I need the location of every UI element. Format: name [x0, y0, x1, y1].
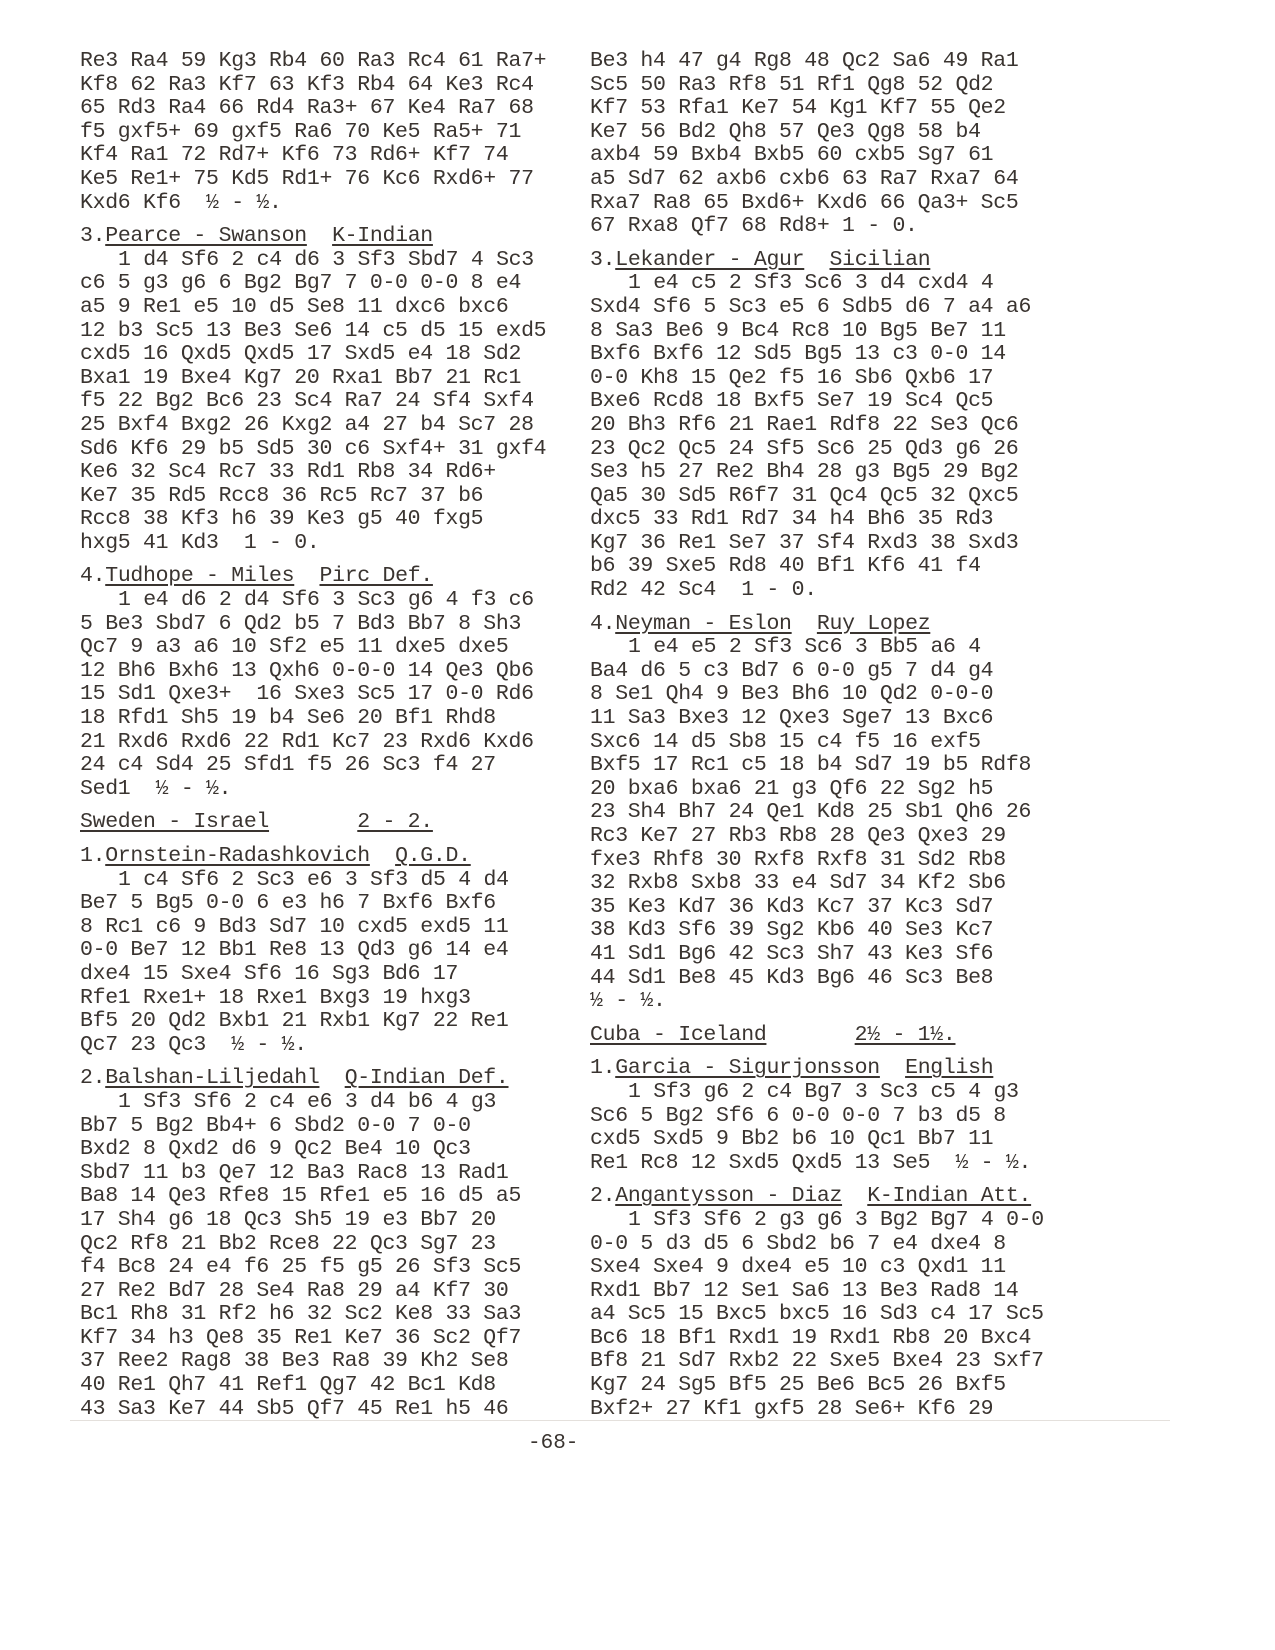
move-line: Qa5 30 Sd5 R6f7 31 Qc4 Qc5 32 Qxc5: [590, 485, 1090, 509]
game-players: Neyman - Eslon: [615, 612, 791, 636]
move-line: Sc5 50 Ra3 Rf8 51 Rf1 Qg8 52 Qd2: [590, 74, 1090, 98]
game-players: Balshan-Liljedahl: [105, 1066, 319, 1090]
move-line: 65 Rd3 Ra4 66 Rd4 Ra3+ 67 Ke4 Ra7 68: [80, 97, 580, 121]
move-line: 8 Rc1 c6 9 Bd3 Sd7 10 cxd5 exd5 11: [80, 916, 580, 940]
match-heading: Sweden - Israel 2 - 2.: [80, 811, 580, 835]
move-line: Ke5 Re1+ 75 Kd5 Rd1+ 76 Kc6 Rxd6+ 77: [80, 168, 580, 192]
game-players: Ornstein-Radashkovich: [105, 844, 370, 868]
match-score: 2 - 2.: [357, 810, 433, 834]
move-line: a5 Sd7 62 axb6 cxb6 63 Ra7 Rxa7 64: [590, 168, 1090, 192]
move-line: 12 Bh6 Bxh6 13 Qxh6 0-0-0 14 Qe3 Qb6: [80, 660, 580, 684]
move-line: 5 Be3 Sbd7 6 Qd2 b5 7 Bd3 Bb7 8 Sh3: [80, 613, 580, 637]
move-line: Kf7 53 Rfa1 Ke7 54 Kg1 Kf7 55 Qe2: [590, 97, 1090, 121]
move-line: Sxd4 Sf6 5 Sc3 e5 6 Sdb5 d6 7 a4 a6: [590, 296, 1090, 320]
move-line: 1 e4 e5 2 Sf3 Sc6 3 Bb5 a6 4: [590, 636, 1090, 660]
move-line: Ba8 14 Qe3 Rfe8 15 Rfe1 e5 16 d5 a5: [80, 1185, 580, 1209]
move-line: Bxf6 Bxf6 12 Sd5 Bg5 13 c3 0-0 14: [590, 343, 1090, 367]
game-opening: Ruy Lopez: [817, 612, 930, 636]
game-opening: Sicilian: [829, 248, 930, 272]
match-score: 2½ - 1½.: [855, 1023, 956, 1047]
move-line: Qc2 Rf8 21 Bb2 Rce8 22 Qc3 Sg7 23: [80, 1233, 580, 1257]
move-line: 21 Rxd6 Rxd6 22 Rd1 Kc7 23 Rxd6 Kxd6: [80, 731, 580, 755]
move-line: Bxf5 17 Rc1 c5 18 b4 Sd7 19 b5 Rdf8: [590, 754, 1090, 778]
move-line: Be3 h4 47 g4 Rg8 48 Qc2 Sa6 49 Ra1: [590, 50, 1090, 74]
move-line: Ba4 d6 5 c3 Bd7 6 0-0 g5 7 d4 g4: [590, 660, 1090, 684]
move-line: Bf5 20 Qd2 Bxb1 21 Rxb1 Kg7 22 Re1: [80, 1010, 580, 1034]
game-number: 2.: [590, 1184, 615, 1208]
game-opening: Q-Indian Def.: [345, 1066, 509, 1090]
move-line: f5 gxf5+ 69 gxf5 Ra6 70 Ke5 Ra5+ 71: [80, 121, 580, 145]
move-line: 17 Sh4 g6 18 Qc3 Sh5 19 e3 Bb7 20: [80, 1209, 580, 1233]
move-line: Bxa1 19 Bxe4 Kg7 20 Rxa1 Bb7 21 Rc1: [80, 367, 580, 391]
match-teams: Sweden - Israel: [80, 810, 269, 834]
game-players: Angantysson - Diaz: [615, 1184, 842, 1208]
move-line: Sbd7 11 b3 Qe7 12 Ba3 Rac8 13 Rad1: [80, 1162, 580, 1186]
move-line: fxe3 Rhf8 30 Rxf8 Rxf8 31 Sd2 Rb8: [590, 849, 1090, 873]
move-line: 23 Qc2 Qc5 24 Sf5 Sc6 25 Qd3 g6 26: [590, 438, 1090, 462]
move-line: 1 c4 Sf6 2 Sc3 e6 3 Sf3 d5 4 d4: [80, 869, 580, 893]
move-line: Qc7 23 Qc3 ½ - ½.: [80, 1034, 580, 1058]
move-line: Sed1 ½ - ½.: [80, 778, 580, 802]
game-number: 4.: [80, 564, 105, 588]
move-line: Bf8 21 Sd7 Rxb2 22 Sxe5 Bxe4 23 Sxf7: [590, 1350, 1090, 1374]
move-line: 0-0 Be7 12 Bb1 Re8 13 Qd3 g6 14 e4: [80, 939, 580, 963]
game-players: Garcia - Sigurjonsson: [615, 1056, 880, 1080]
game-heading: 2.Angantysson - Diaz K-Indian Att.: [590, 1185, 1090, 1209]
game-players: Lekander - Agur: [615, 248, 804, 272]
move-line: 8 Sa3 Be6 9 Bc4 Rc8 10 Bg5 Be7 11: [590, 320, 1090, 344]
move-line: Rcc8 38 Kf3 h6 39 Ke3 g5 40 fxg5: [80, 508, 580, 532]
move-line: cxd5 16 Qxd5 Qxd5 17 Sxd5 e4 18 Sd2: [80, 343, 580, 367]
game-number: 2.: [80, 1066, 105, 1090]
move-line: Bxf2+ 27 Kf1 gxf5 28 Se6+ Kf6 29: [590, 1398, 1090, 1422]
move-line: 11 Sa3 Bxe3 12 Qxe3 Sge7 13 Bxc6: [590, 707, 1090, 731]
move-line: 38 Kd3 Sf6 39 Sg2 Kb6 40 Se3 Kc7: [590, 919, 1090, 943]
move-line: Kxd6 Kf6 ½ - ½.: [80, 192, 580, 216]
move-line: Re1 Rc8 12 Sxd5 Qxd5 13 Se5 ½ - ½.: [590, 1152, 1090, 1176]
move-line: Kg7 24 Sg5 Bf5 25 Be6 Bc5 26 Bxf5: [590, 1374, 1090, 1398]
move-line: hxg5 41 Kd3 1 - 0.: [80, 532, 580, 556]
move-line: Sxe4 Sxe4 9 dxe4 e5 10 c3 Qxd1 11: [590, 1256, 1090, 1280]
move-line: Kf8 62 Ra3 Kf7 63 Kf3 Rb4 64 Ke3 Rc4: [80, 74, 580, 98]
move-line: Ke7 56 Bd2 Qh8 57 Qe3 Qg8 58 b4: [590, 121, 1090, 145]
game-heading: 2.Balshan-Liljedahl Q-Indian Def.: [80, 1067, 580, 1091]
move-line: axb4 59 Bxb4 Bxb5 60 cxb5 Sg7 61: [590, 144, 1090, 168]
game-opening: K-Indian Att.: [867, 1184, 1031, 1208]
move-line: 1 e4 c5 2 Sf3 Sc6 3 d4 cxd4 4: [590, 272, 1090, 296]
move-line: Re3 Ra4 59 Kg3 Rb4 60 Ra3 Rc4 61 Ra7+: [80, 50, 580, 74]
move-line: 15 Sd1 Qxe3+ 16 Sxe3 Sc5 17 0-0 Rd6: [80, 683, 580, 707]
move-line: Bxd2 8 Qxd2 d6 9 Qc2 Be4 10 Qc3: [80, 1138, 580, 1162]
move-line: Kg7 36 Re1 Se7 37 Sf4 Rxd3 38 Sxd3: [590, 532, 1090, 556]
move-line: 41 Sd1 Bg6 42 Sc3 Sh7 43 Ke3 Sf6: [590, 943, 1090, 967]
match-heading: Cuba - Iceland 2½ - 1½.: [590, 1024, 1090, 1048]
game-players: Tudhope - Miles: [105, 564, 294, 588]
game-heading: 3.Pearce - Swanson K-Indian: [80, 225, 580, 249]
move-line: Rc3 Ke7 27 Rb3 Rb8 28 Qe3 Qxe3 29: [590, 825, 1090, 849]
game-heading: 4.Tudhope - Miles Pirc Def.: [80, 565, 580, 589]
move-line: f4 Bc8 24 e4 f6 25 f5 g5 26 Sf3 Sc5: [80, 1256, 580, 1280]
move-line: 20 Bh3 Rf6 21 Rae1 Rdf8 22 Se3 Qc6: [590, 414, 1090, 438]
move-line: 67 Rxa8 Qf7 68 Rd8+ 1 - 0.: [590, 215, 1090, 239]
move-line: Be7 5 Bg5 0-0 6 e3 h6 7 Bxf6 Bxf6: [80, 892, 580, 916]
move-line: 43 Sa3 Ke7 44 Sb5 Qf7 45 Re1 h5 46: [80, 1398, 580, 1422]
game-opening: K-Indian: [332, 224, 433, 248]
game-opening: English: [905, 1056, 993, 1080]
move-line: 12 b3 Sc5 13 Be3 Se6 14 c5 d5 15 exd5: [80, 320, 580, 344]
left-column: Re3 Ra4 59 Kg3 Rb4 60 Ra3 Rc4 61 Ra7+Kf8…: [80, 50, 580, 1421]
move-line: 18 Rfd1 Sh5 19 b4 Se6 20 Bf1 Rhd8: [80, 707, 580, 731]
move-line: c6 5 g3 g6 6 Bg2 Bg7 7 0-0 0-0 8 e4: [80, 272, 580, 296]
move-line: 8 Se1 Qh4 9 Be3 Bh6 10 Qd2 0-0-0: [590, 683, 1090, 707]
move-line: Sc6 5 Bg2 Sf6 6 0-0 0-0 7 b3 d5 8: [590, 1105, 1090, 1129]
move-line: Bb7 5 Bg2 Bb4+ 6 Sbd2 0-0 7 0-0: [80, 1115, 580, 1139]
game-number: 3.: [590, 248, 615, 272]
move-line: 44 Sd1 Be8 45 Kd3 Bg6 46 Sc3 Be8: [590, 967, 1090, 991]
page-bottom-rule: [70, 1420, 1170, 1421]
move-line: Bc1 Rh8 31 Rf2 h6 32 Sc2 Ke8 33 Sa3: [80, 1303, 580, 1327]
game-number: 3.: [80, 224, 105, 248]
move-line: Rfe1 Rxe1+ 18 Rxe1 Bxg3 19 hxg3: [80, 987, 580, 1011]
move-line: dxc5 33 Rd1 Rd7 34 h4 Bh6 35 Rd3: [590, 508, 1090, 532]
move-line: Rd2 42 Sc4 1 - 0.: [590, 579, 1090, 603]
game-players: Pearce - Swanson: [105, 224, 307, 248]
move-line: 32 Rxb8 Sxb8 33 e4 Sd7 34 Kf2 Sb6: [590, 872, 1090, 896]
move-line: Rxd1 Bb7 12 Se1 Sa6 13 Be3 Rad8 14: [590, 1280, 1090, 1304]
move-line: Sxc6 14 d5 Sb8 15 c4 f5 16 exf5: [590, 731, 1090, 755]
move-line: 35 Ke3 Kd7 36 Kd3 Kc7 37 Kc3 Sd7: [590, 896, 1090, 920]
move-line: Kf7 34 h3 Qe8 35 Re1 Ke7 36 Sc2 Qf7: [80, 1327, 580, 1351]
game-number: 4.: [590, 612, 615, 636]
game-heading: 1.Garcia - Sigurjonsson English: [590, 1057, 1090, 1081]
move-line: Sd6 Kf6 29 b5 Sd5 30 c6 Sxf4+ 31 gxf4: [80, 438, 580, 462]
move-line: a4 Sc5 15 Bxc5 bxc5 16 Sd3 c4 17 Sc5: [590, 1303, 1090, 1327]
move-line: 23 Sh4 Bh7 24 Qe1 Kd8 25 Sb1 Qh6 26: [590, 801, 1090, 825]
game-heading: 1.Ornstein-Radashkovich Q.G.D.: [80, 845, 580, 869]
game-number: 1.: [80, 844, 105, 868]
move-line: Bc6 18 Bf1 Rxd1 19 Rxd1 Rb8 20 Bxc4: [590, 1327, 1090, 1351]
move-line: 1 Sf3 Sf6 2 g3 g6 3 Bg2 Bg7 4 0-0: [590, 1209, 1090, 1233]
move-line: 1 e4 d6 2 d4 Sf6 3 Sc3 g6 4 f3 c6: [80, 589, 580, 613]
move-line: 37 Ree2 Rag8 38 Be3 Ra8 39 Kh2 Se8: [80, 1350, 580, 1374]
move-line: a5 9 Re1 e5 10 d5 Se8 11 dxc6 bxc6: [80, 296, 580, 320]
move-line: Se3 h5 27 Re2 Bh4 28 g3 Bg5 29 Bg2: [590, 461, 1090, 485]
move-line: Qc7 9 a3 a6 10 Sf2 e5 11 dxe5 dxe5: [80, 636, 580, 660]
move-line: dxe4 15 Sxe4 Sf6 16 Sg3 Bd6 17: [80, 963, 580, 987]
move-line: 20 bxa6 bxa6 21 g3 Qf6 22 Sg2 h5: [590, 778, 1090, 802]
game-heading: 3.Lekander - Agur Sicilian: [590, 249, 1090, 273]
game-heading: 4.Neyman - Eslon Ruy Lopez: [590, 613, 1090, 637]
move-line: Kf4 Ra1 72 Rd7+ Kf6 73 Rd6+ Kf7 74: [80, 144, 580, 168]
move-line: b6 39 Sxe5 Rd8 40 Bf1 Kf6 41 f4: [590, 555, 1090, 579]
move-line: 24 c4 Sd4 25 Sfd1 f5 26 Sc3 f4 27: [80, 754, 580, 778]
move-line: 1 Sf3 Sf6 2 c4 e6 3 d4 b6 4 g3: [80, 1091, 580, 1115]
move-line: 27 Re2 Bd7 28 Se4 Ra8 29 a4 Kf7 30: [80, 1280, 580, 1304]
move-line: cxd5 Sxd5 9 Bb2 b6 10 Qc1 Bb7 11: [590, 1128, 1090, 1152]
match-teams: Cuba - Iceland: [590, 1023, 766, 1047]
move-line: Ke6 32 Sc4 Rc7 33 Rd1 Rb8 34 Rd6+: [80, 461, 580, 485]
move-line: 0-0 Kh8 15 Qe2 f5 16 Sb6 Qxb6 17: [590, 367, 1090, 391]
move-line: Bxe6 Rcd8 18 Bxf5 Se7 19 Sc4 Qc5: [590, 390, 1090, 414]
move-line: 0-0 5 d3 d5 6 Sbd2 b6 7 e4 dxe4 8: [590, 1233, 1090, 1257]
move-line: 1 Sf3 g6 2 c4 Bg7 3 Sc3 c5 4 g3: [590, 1081, 1090, 1105]
page-number: -68-: [528, 1432, 578, 1455]
move-line: Rxa7 Ra8 65 Bxd6+ Kxd6 66 Qa3+ Sc5: [590, 192, 1090, 216]
move-line: 40 Re1 Qh7 41 Ref1 Qg7 42 Bc1 Kd8: [80, 1374, 580, 1398]
move-line: f5 22 Bg2 Bc6 23 Sc4 Ra7 24 Sf4 Sxf4: [80, 390, 580, 414]
game-number: 1.: [590, 1056, 615, 1080]
move-line: 25 Bxf4 Bxg2 26 Kxg2 a4 27 b4 Sc7 28: [80, 414, 580, 438]
right-column: Be3 h4 47 g4 Rg8 48 Qc2 Sa6 49 Ra1Sc5 50…: [590, 50, 1090, 1421]
game-opening: Pirc Def.: [319, 564, 432, 588]
move-line: 1 d4 Sf6 2 c4 d6 3 Sf3 Sbd7 4 Sc3: [80, 249, 580, 273]
game-opening: Q.G.D.: [395, 844, 471, 868]
move-line: Ke7 35 Rd5 Rcc8 36 Rc5 Rc7 37 b6: [80, 485, 580, 509]
move-line: ½ - ½.: [590, 990, 1090, 1014]
